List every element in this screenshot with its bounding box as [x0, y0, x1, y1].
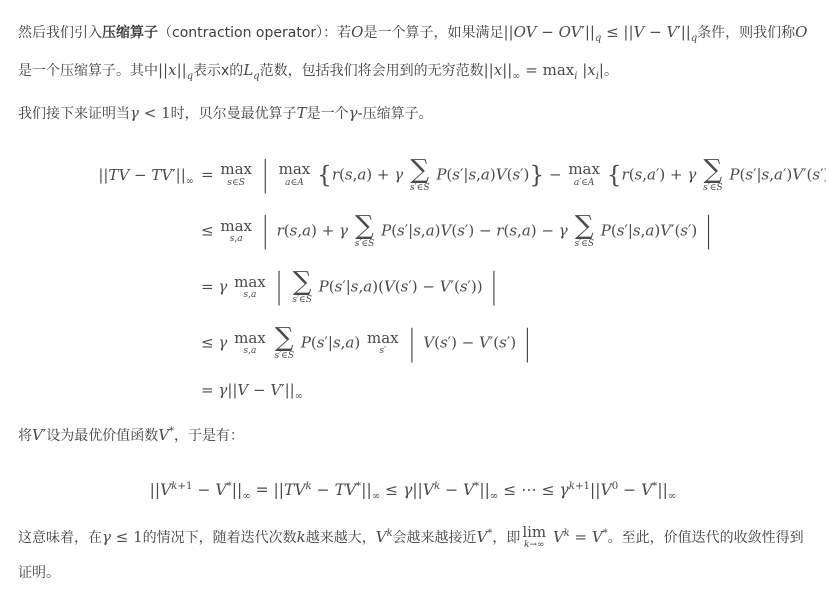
inline-math: γ ≤ 1 — [102, 528, 143, 546]
equation-rhs: = maxs∈S | maxa∈A {r(s,a) + γ ∑s′∈S P(s′… — [201, 157, 826, 194]
equation-line: ||TV − TV′||∞= maxs∈S | maxa∈A {r(s,a) +… — [44, 157, 808, 194]
text-run: 然后我们引入 — [18, 25, 102, 41]
bold-term: 压缩算子 — [102, 25, 158, 41]
text-run: 是一个 — [307, 106, 349, 122]
contraction-proof-equation-block: ||TV − TV′||∞= maxs∈S | maxa∈A {r(s,a) +… — [44, 157, 808, 400]
text-run: 这意味着，在 — [18, 530, 102, 546]
paragraph-contraction-definition: 然后我们引入压缩算子（contraction operator）：若O是一个算子… — [18, 14, 808, 89]
paragraph-claim: 我们接下来证明当γ < 1时，贝尔曼最优算子T是一个γ-压缩算子。 — [18, 95, 808, 133]
equation-rhs: ≤ γ maxs,a ∑s′∈S P(s′|s,a) maxs′ | V(s′)… — [201, 325, 534, 362]
inline-math: ||OV − OV′||q ≤ ||V − V′||q — [503, 23, 697, 41]
text-run: 将 — [18, 428, 32, 444]
inline-math: k — [297, 528, 306, 546]
text-run: 是一个算子，如果满足 — [363, 25, 503, 41]
equation-rhs: = γ||V − V′||∞ — [201, 381, 303, 399]
text-run: 设为最优价值函数 — [46, 428, 158, 444]
paragraph-conclusion: 这意味着，在γ ≤ 1的情况下，随着迭代次数k越来越大，Vk会越来越接近V*，即… — [18, 519, 808, 592]
text-run: 是一个压缩算子。其中 — [18, 63, 158, 79]
equation-line: ≤ maxs,a | r(s,a) + γ ∑s′∈S P(s′|s,a)V(s… — [44, 213, 808, 250]
inline-math: Lq — [243, 61, 259, 79]
document-page: 然后我们引入压缩算子（contraction operator）：若O是一个算子… — [0, 0, 826, 598]
inline-math: V* — [477, 528, 493, 546]
equation-line: = γ maxs,a | ∑s′∈S P(s′|s,a)(V(s′) − V′(… — [44, 269, 808, 306]
text-run: （contraction operator）：若 — [158, 25, 351, 41]
text-run: 越来越大， — [306, 530, 376, 546]
equation-lhs: ||TV − TV′||∞ — [44, 166, 194, 184]
paragraph-set-optimal: 将V′设为最优价值函数V*，于是有： — [18, 417, 808, 455]
convergence-display-equation: ||Vk+1 − V*||∞ = ||TVk − TV*||∞ ≤ γ||Vk … — [18, 481, 808, 499]
equation-line: ≤ γ maxs,a ∑s′∈S P(s′|s,a) maxs′ | V(s′)… — [44, 325, 808, 362]
inline-math: γ < 1 — [130, 104, 171, 122]
inline-math: γ — [349, 104, 358, 122]
inline-math: V* — [158, 426, 174, 444]
text-run: ，即 — [492, 530, 520, 546]
inline-math: ||x||q — [158, 61, 193, 79]
inline-math: O — [351, 23, 363, 41]
text-run: 的情况下，随着迭代次数 — [143, 530, 297, 546]
text-run: 。 — [604, 63, 618, 79]
text-run: 范数，包括我们将会用到的无穷范数 — [260, 63, 484, 79]
text-run: 表示x的 — [193, 63, 243, 79]
equation-rhs: ≤ maxs,a | r(s,a) + γ ∑s′∈S P(s′|s,a)V(s… — [201, 213, 715, 250]
text-run: 时，贝尔曼最优算子 — [171, 106, 297, 122]
inline-math: O — [795, 23, 807, 41]
text-run: 我们接下来证明当 — [18, 106, 130, 122]
text-run: ，于是有： — [174, 428, 244, 444]
text-run: 会越来越接近 — [393, 530, 477, 546]
inline-math: T — [297, 104, 307, 122]
equation-rhs: = γ maxs,a | ∑s′∈S P(s′|s,a)(V(s′) − V′(… — [201, 269, 500, 306]
inline-math: Vk — [376, 528, 393, 546]
inline-math: ||x||∞ = maxi |xi| — [484, 61, 604, 79]
text-run: -压缩算子。 — [358, 106, 433, 122]
text-run: 条件，则我们称 — [697, 25, 795, 41]
inline-math: limk→∞ Vk = V* — [520, 528, 607, 546]
equation-line: = γ||V − V′||∞ — [44, 381, 808, 399]
inline-math: V′ — [32, 426, 46, 444]
